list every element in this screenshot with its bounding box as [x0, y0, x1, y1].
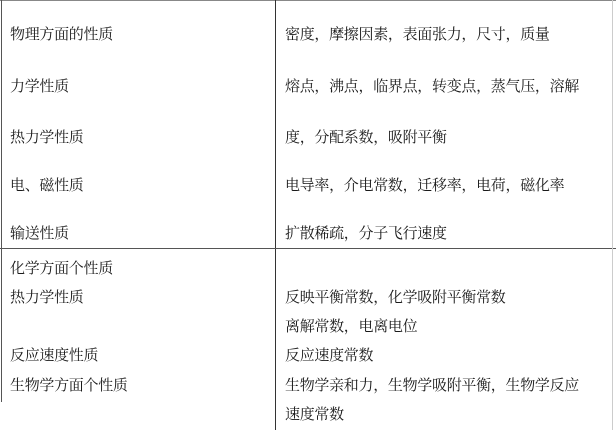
values-biological: 生物学亲和力，生物学吸附平衡，生物学反应: [285, 376, 579, 394]
values-transport: 扩散稀疏，分子飞行速度: [285, 224, 447, 242]
values-biological-cont: 速度常数: [285, 405, 344, 423]
category-mechanical: 力学性质: [10, 77, 69, 95]
table-right-border: [612, 0, 613, 430]
category-thermodynamic: 热力学性质: [10, 128, 84, 146]
values-physical: 密度，摩擦因素，表面张力，尺寸，质量: [285, 25, 550, 43]
category-electromagnetic: 电、磁性质: [10, 176, 84, 194]
section-divider: [0, 248, 616, 249]
values-reaction-rate: 反应速度常数: [285, 346, 373, 364]
category-chem-thermodynamic: 热力学性质: [10, 288, 84, 306]
category-physical: 物理方面的性质: [10, 25, 113, 43]
column-divider: [275, 0, 276, 430]
values-mechanical: 熔点，沸点，临界点，转变点，蒸气压，溶解: [285, 77, 579, 95]
values-chem-thermodynamic-cont: 离解常数，电离电位: [285, 317, 417, 335]
table-left-border: [1, 0, 2, 402]
category-biological: 生物学方面个性质: [10, 376, 128, 394]
table-top-border: [0, 0, 616, 1]
category-reaction-rate: 反应速度性质: [10, 346, 98, 364]
values-mechanical-cont: 度，分配系数，吸附平衡: [285, 128, 447, 146]
category-transport: 输送性质: [10, 224, 69, 242]
category-chemical: 化学方面个性质: [10, 259, 113, 277]
values-chem-thermodynamic: 反映平衡常数，化学吸附平衡常数: [285, 288, 506, 306]
values-electromagnetic: 电导率，介电常数，迁移率，电荷，磁化率: [285, 176, 564, 194]
